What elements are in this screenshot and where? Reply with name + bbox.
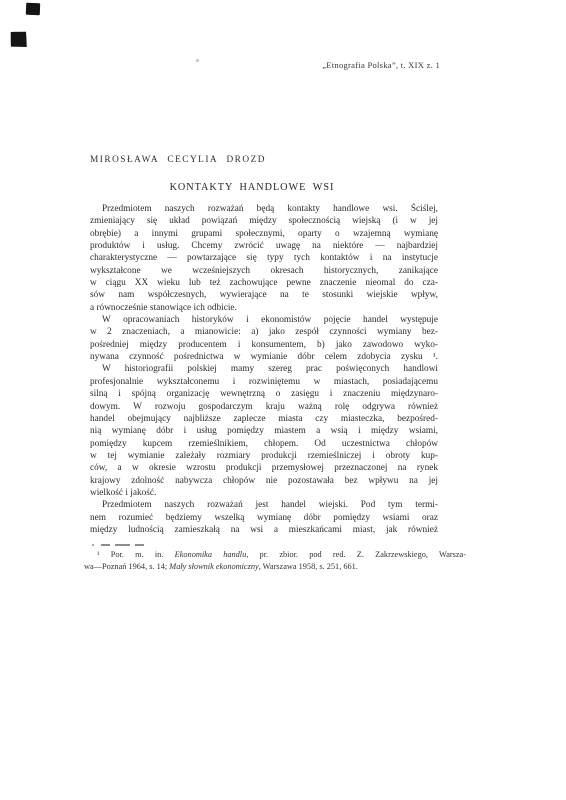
separator-dash: [135, 544, 144, 546]
body-line: krajowy zdolność nabywcza chłopów nie po…: [90, 475, 438, 487]
footnote-text: , Warszawa 1958, s. 251, 661.: [259, 562, 358, 571]
scanned-journal-page: „Etnografia Polska”, t. XIX z. 1 MIROSŁA…: [0, 0, 566, 800]
footnote-line: wa—Poznań 1964, s. 14; Mały słownik ekon…: [84, 561, 466, 573]
separator-dash: [115, 544, 130, 546]
footnote-cited-work: Ekonomika handlu: [175, 550, 247, 559]
separator-dot: [92, 544, 94, 546]
body-line: nywana czynność pośrednictwa w wymianie …: [90, 351, 438, 363]
body-line: wykształcone we wcześniejszych okresach …: [90, 265, 438, 277]
footnote-cited-work: Mały słownik ekonomiczny: [169, 562, 258, 571]
footnote-text: ¹ Por. m. in.: [97, 550, 175, 559]
body-line: obrębie) a innymi grupami społecznymi, o…: [90, 228, 438, 240]
body-line: ców, a w okresie wzrostu produkcji przem…: [90, 462, 438, 474]
scan-artifact-blot-1: [26, 3, 40, 15]
body-line: w tej wymianie zależały rozmiary produkc…: [90, 450, 438, 462]
body-line: Przedmiotem naszych rozważań będą kontak…: [90, 203, 438, 215]
body-line: profesjonalnie wykształconemu i rozwinię…: [90, 376, 438, 388]
footnote-text: wa—Poznań 1964, s. 14;: [84, 562, 169, 571]
body-line: handel obejmujący najbliższe zaplecze mi…: [90, 413, 438, 425]
body-line: między ludnością zamieszkałą na wsi a mi…: [90, 524, 438, 536]
footnote-text: , pr. zbior. pod red. Z. Zakrzewskiego, …: [246, 550, 466, 559]
footnote-line: ¹ Por. m. in. Ekonomika handlu, pr. zbio…: [84, 549, 466, 561]
separator-dash: [101, 544, 110, 546]
body-line: produktów i usług. Chcemy zwrócić uwagę …: [90, 240, 438, 252]
journal-header: „Etnografia Polska”, t. XIX z. 1: [140, 60, 440, 70]
body-line: w ciągu XX wieku lub też zachowujące pew…: [90, 277, 438, 289]
body-line: nem rozumieć będziemy wszelką wymianę dó…: [90, 512, 438, 524]
article-title: KONTAKTY HANDLOWE WSI: [78, 182, 426, 193]
body-line: a równocześnie stanowiące ich odbicie.: [90, 302, 438, 314]
body-line: dowym. W rozwoju gospodarczym kraju ważn…: [90, 401, 438, 413]
body-line: pośredniej między producentem i konsumen…: [90, 339, 438, 351]
scan-artifact-blot-2: [9, 30, 28, 49]
body-line: zmieniający się układ powiązań między sp…: [90, 215, 438, 227]
body-line: charakterystyczne — powtarzające się typ…: [90, 252, 438, 264]
body-text: Przedmiotem naszych rozważań będą kontak…: [90, 203, 438, 536]
body-line: W opracowaniach historyków i ekonomistów…: [90, 314, 438, 326]
body-line: W historiografii polskiej mamy szereg pr…: [90, 363, 438, 375]
body-line: pomiędzy kupcem rzemieślnikiem, chłopem.…: [90, 438, 438, 450]
body-line: silną i spójną organizację wewnętrzną o …: [90, 388, 438, 400]
body-line: Przedmiotem naszych rozważań jest handel…: [90, 499, 438, 511]
body-line: wielkość i jakość.: [90, 487, 438, 499]
author-name: MIROSŁAWA CECYLIA DROZD: [90, 155, 266, 165]
body-line: sów nam współczesnych, wywierające na te…: [90, 289, 438, 301]
body-line: w 2 znaczeniach, a mianowicie: a) jako z…: [90, 326, 438, 338]
footnote: ¹ Por. m. in. Ekonomika handlu, pr. zbio…: [84, 549, 466, 573]
body-line: nią wymianę dóbr i usług pomiędzy miaste…: [90, 425, 438, 437]
